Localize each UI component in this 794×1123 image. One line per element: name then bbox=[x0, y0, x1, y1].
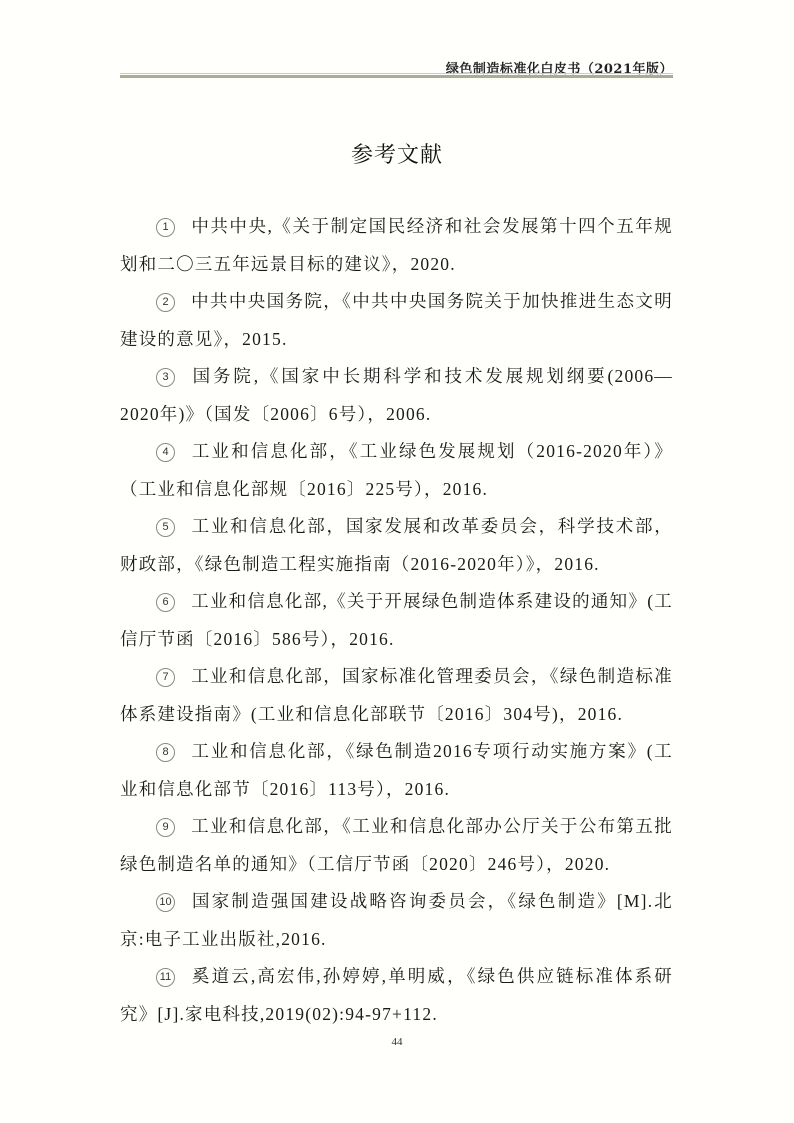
reference-item: 2中共中央国务院，《中共中央国务院关于加快推进生态文明建设的意见》，2015. bbox=[120, 283, 673, 358]
reference-number: 5 bbox=[156, 518, 175, 537]
reference-number: 4 bbox=[156, 443, 175, 462]
page-number: 44 bbox=[0, 1036, 794, 1048]
reference-number: 10 bbox=[156, 893, 175, 912]
reference-number: 3 bbox=[156, 368, 175, 387]
reference-number: 8 bbox=[156, 743, 175, 762]
reference-text: 工业和信息化部，国家标准化管理委员会，《绿色制造标准体系建设指南》(工业和信息化… bbox=[120, 666, 673, 724]
reference-item: 10国家制造强国建设战略咨询委员会，《绿色制造》[M].北京:电子工业出版社,2… bbox=[120, 883, 673, 958]
reference-item: 6工业和信息化部,《关于开展绿色制造体系建设的通知》(工信厅节函〔2016〕58… bbox=[120, 583, 673, 658]
reference-item: 7工业和信息化部，国家标准化管理委员会，《绿色制造标准体系建设指南》(工业和信息… bbox=[120, 658, 673, 733]
reference-text: 奚道云,高宏伟,孙婷婷,单明威，《绿色供应链标准体系研究》[J].家电科技,20… bbox=[120, 966, 673, 1024]
reference-number: 9 bbox=[156, 818, 175, 837]
reference-item: 8工业和信息化部，《绿色制造2016专项行动实施方案》(工业和信息化部节〔201… bbox=[120, 733, 673, 808]
reference-text: 工业和信息化部,《关于开展绿色制造体系建设的通知》(工信厅节函〔2016〕586… bbox=[120, 591, 673, 649]
page-title: 参考文献 bbox=[0, 138, 794, 169]
reference-number: 11 bbox=[156, 968, 175, 987]
reference-text: 工业和信息化部，《工业绿色发展规划（2016-2020年）》（工业和信息化部规〔… bbox=[120, 441, 673, 499]
reference-text: 工业和信息化部，《绿色制造2016专项行动实施方案》(工业和信息化部节〔2016… bbox=[120, 741, 673, 799]
reference-number: 6 bbox=[156, 593, 175, 612]
reference-item: 11奚道云,高宏伟,孙婷婷,单明威，《绿色供应链标准体系研究》[J].家电科技,… bbox=[120, 958, 673, 1033]
reference-text: 国务院,《国家中长期科学和技术发展规划纲要(2006—2020年)》（国发〔20… bbox=[120, 366, 673, 424]
header-rule-thin bbox=[120, 73, 673, 74]
reference-text: 工业和信息化部，《工业和信息化部办公厅关于公布第五批绿色制造名单的通知》（工信厅… bbox=[120, 816, 673, 874]
reference-text: 中共中央国务院，《中共中央国务院关于加快推进生态文明建设的意见》，2015. bbox=[120, 291, 673, 349]
header-rule bbox=[120, 73, 673, 79]
reference-number: 2 bbox=[156, 293, 175, 312]
reference-text: 工业和信息化部，国家发展和改革委员会，科学技术部，财政部，《绿色制造工程实施指南… bbox=[120, 516, 673, 574]
reference-item: 3国务院,《国家中长期科学和技术发展规划纲要(2006—2020年)》（国发〔2… bbox=[120, 358, 673, 433]
reference-item: 1中共中央,《关于制定国民经济和社会发展第十四个五年规划和二〇三五年远景目标的建… bbox=[120, 208, 673, 283]
reference-number: 7 bbox=[156, 668, 175, 687]
reference-text: 国家制造强国建设战略咨询委员会，《绿色制造》[M].北京:电子工业出版社,201… bbox=[120, 891, 673, 949]
reference-item: 9工业和信息化部，《工业和信息化部办公厅关于公布第五批绿色制造名单的通知》（工信… bbox=[120, 808, 673, 883]
header-rule-thick bbox=[120, 75, 673, 78]
reference-list: 1中共中央,《关于制定国民经济和社会发展第十四个五年规划和二〇三五年远景目标的建… bbox=[120, 208, 673, 1033]
reference-item: 5工业和信息化部，国家发展和改革委员会，科学技术部，财政部，《绿色制造工程实施指… bbox=[120, 508, 673, 583]
reference-item: 4工业和信息化部，《工业绿色发展规划（2016-2020年）》（工业和信息化部规… bbox=[120, 433, 673, 508]
reference-number: 1 bbox=[156, 218, 175, 237]
reference-text: 中共中央,《关于制定国民经济和社会发展第十四个五年规划和二〇三五年远景目标的建议… bbox=[120, 216, 673, 274]
